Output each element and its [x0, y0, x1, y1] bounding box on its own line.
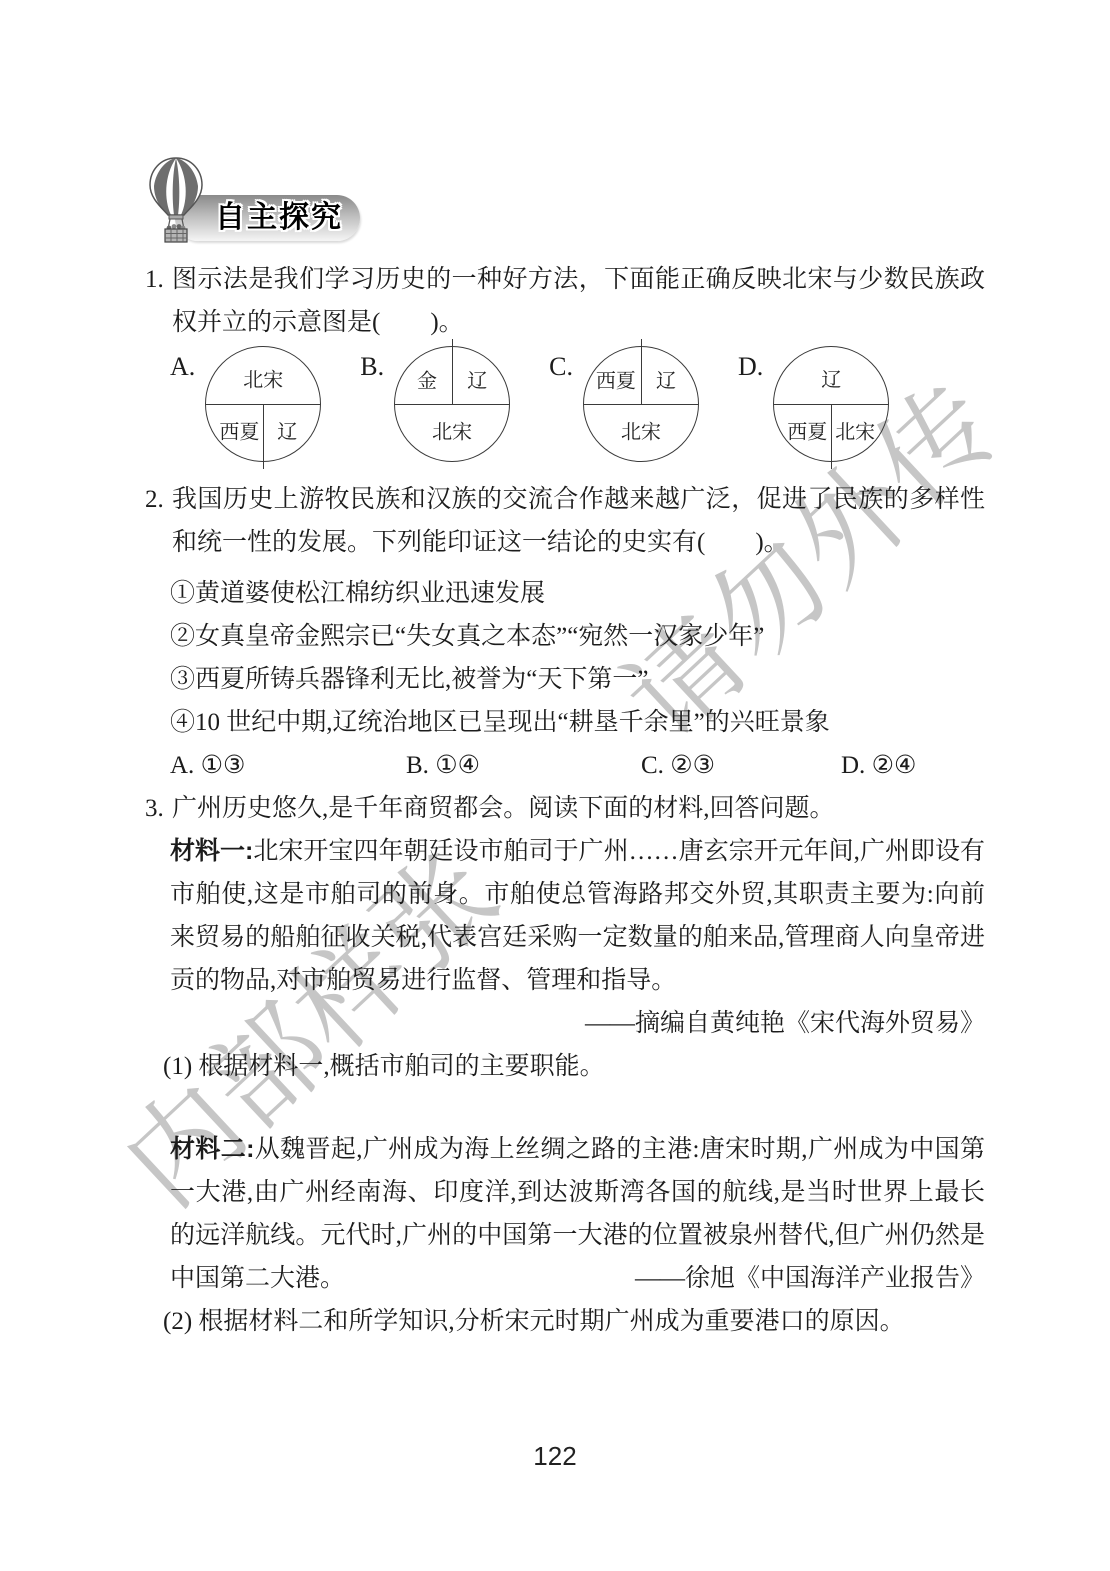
q2-item-3: ③西夏所铸兵器锋利无比,被誉为“天下第一”: [170, 658, 985, 701]
material-1-text: 北宋开宝四年朝廷设市舶司于广州……唐玄宗开元年间,广州即设有市舶使,这是市舶司的…: [170, 838, 985, 994]
region-label: 辽: [277, 416, 297, 445]
circle-diagram-a: 北宋 西夏 辽: [205, 346, 321, 462]
option-c-letter: C.: [549, 352, 573, 382]
page-number: 122: [0, 1441, 1110, 1472]
region-label: 辽: [821, 363, 841, 392]
choice-d-letter: D.: [841, 752, 865, 779]
choice-d-value: ②④: [872, 752, 917, 779]
q2-choices: A. ①③ B. ①④ C. ②③ D. ②④: [145, 744, 985, 787]
q2-item-4: ④10 世纪中期,辽统治地区已呈现出“耕垦千余里”的兴旺景象: [170, 701, 985, 744]
divider-line: [395, 404, 509, 405]
material-1: 材料一:北宋开宝四年朝廷设市舶司于广州……唐玄宗开元年间,广州即设有市舶使,这是…: [145, 830, 985, 1002]
hot-air-balloon-icon: [148, 156, 204, 244]
section-header: 自主探究: [148, 156, 985, 244]
choice-b-letter: B.: [406, 752, 429, 779]
region-label: 西夏: [219, 416, 259, 445]
q1-diagram-options: A. 北宋 西夏 辽 B. 金 辽 北宋: [145, 346, 985, 466]
region-label: 北宋: [621, 416, 661, 445]
divider-line: [584, 404, 698, 405]
region-label: 辽: [467, 364, 487, 393]
region-label: 辽: [656, 364, 676, 393]
diagram-option-a: A. 北宋 西夏 辽: [170, 346, 321, 466]
question-1-stem: 图示法是我们学习历史的一种好方法，下面能正确反映北宋与少数民族政权并立的示意图是…: [172, 258, 985, 344]
choice-c-letter: C.: [641, 752, 664, 779]
question-3-stem: 广州历史悠久,是千年商贸都会。阅读下面的材料,回答问题。: [172, 787, 985, 830]
divider-line: [263, 404, 264, 469]
divider-line: [641, 339, 642, 404]
q2-item-list: ①黄道婆使松江棉纺织业迅速发展 ②女真皇帝金熙宗已“失女真之本态”“宛然一汉家少…: [145, 572, 985, 744]
q2-item-1: ①黄道婆使松江棉纺织业迅速发展: [170, 572, 985, 615]
option-d-letter: D.: [738, 352, 763, 382]
choice-b-value: ①④: [435, 752, 480, 779]
circle-diagram-c: 西夏 辽 北宋: [583, 346, 699, 462]
region-label: 北宋: [432, 416, 472, 445]
material-2-label: 材料二:: [170, 1135, 254, 1163]
region-label: 西夏: [787, 416, 827, 445]
divider-line: [831, 404, 832, 469]
question-2: 2. 我国历史上游牧民族和汉族的交流合作越来越广泛，促进了民族的多样性和统一性的…: [145, 478, 985, 564]
choice-c-value: ②③: [670, 752, 715, 779]
region-label: 北宋: [835, 416, 875, 445]
region-label: 西夏: [596, 364, 636, 393]
option-a-letter: A.: [170, 352, 195, 382]
diagram-option-d: D. 辽 西夏 北宋: [738, 346, 889, 466]
question-3-number: 3.: [145, 787, 172, 830]
region-label: 北宋: [243, 363, 283, 392]
choice-d: D. ②④: [841, 744, 985, 787]
q3-sub-question-2: (2) 根据材料二和所学知识,分析宋元时期广州成为重要港口的原因。: [145, 1300, 985, 1343]
q3-sub-question-1: (1) 根据材料一,概括市舶司的主要职能。: [145, 1045, 985, 1088]
material-2-source: ——徐旭《中国海洋产业报告》: [635, 1257, 985, 1300]
divider-line: [452, 339, 453, 404]
choice-a-value: ①③: [201, 752, 246, 779]
diagram-option-c: C. 西夏 辽 北宋: [549, 346, 699, 466]
question-2-stem: 我国历史上游牧民族和汉族的交流合作越来越广泛，促进了民族的多样性和统一性的发展。…: [172, 478, 985, 564]
region-label: 金: [417, 364, 437, 393]
option-b-letter: B.: [360, 352, 384, 382]
choice-b: B. ①④: [406, 744, 641, 787]
question-1: 1. 图示法是我们学习历史的一种好方法，下面能正确反映北宋与少数民族政权并立的示…: [145, 258, 985, 344]
material-1-label: 材料一:: [170, 837, 253, 865]
choice-a-letter: A.: [170, 752, 194, 779]
q2-item-2: ②女真皇帝金熙宗已“失女真之本态”“宛然一汉家少年”: [170, 615, 985, 658]
material-1-source: ——摘编自黄纯艳《宋代海外贸易》: [145, 1002, 985, 1045]
page-content: 自主探究 1. 图示法是我们学习历史的一种好方法，下面能正确反映北宋与少数民族政…: [0, 156, 1110, 1343]
question-2-number: 2.: [145, 478, 172, 521]
circle-diagram-d: 辽 西夏 北宋: [773, 346, 889, 462]
section-badge-label: 自主探究: [215, 201, 343, 235]
question-1-number: 1.: [145, 258, 172, 301]
material-2-block: 材料二:从魏晋起,广州成为海上丝绸之路的主港:唐宋时期,广州成为中国第一大港,由…: [145, 1128, 985, 1300]
choice-a: A. ①③: [170, 744, 406, 787]
choice-c: C. ②③: [641, 744, 841, 787]
question-3: 3. 广州历史悠久,是千年商贸都会。阅读下面的材料,回答问题。: [145, 787, 985, 830]
diagram-option-b: B. 金 辽 北宋: [360, 346, 510, 466]
circle-diagram-b: 金 辽 北宋: [394, 346, 510, 462]
workbook-page: 内部样张 请勿外传: [0, 0, 1110, 1571]
